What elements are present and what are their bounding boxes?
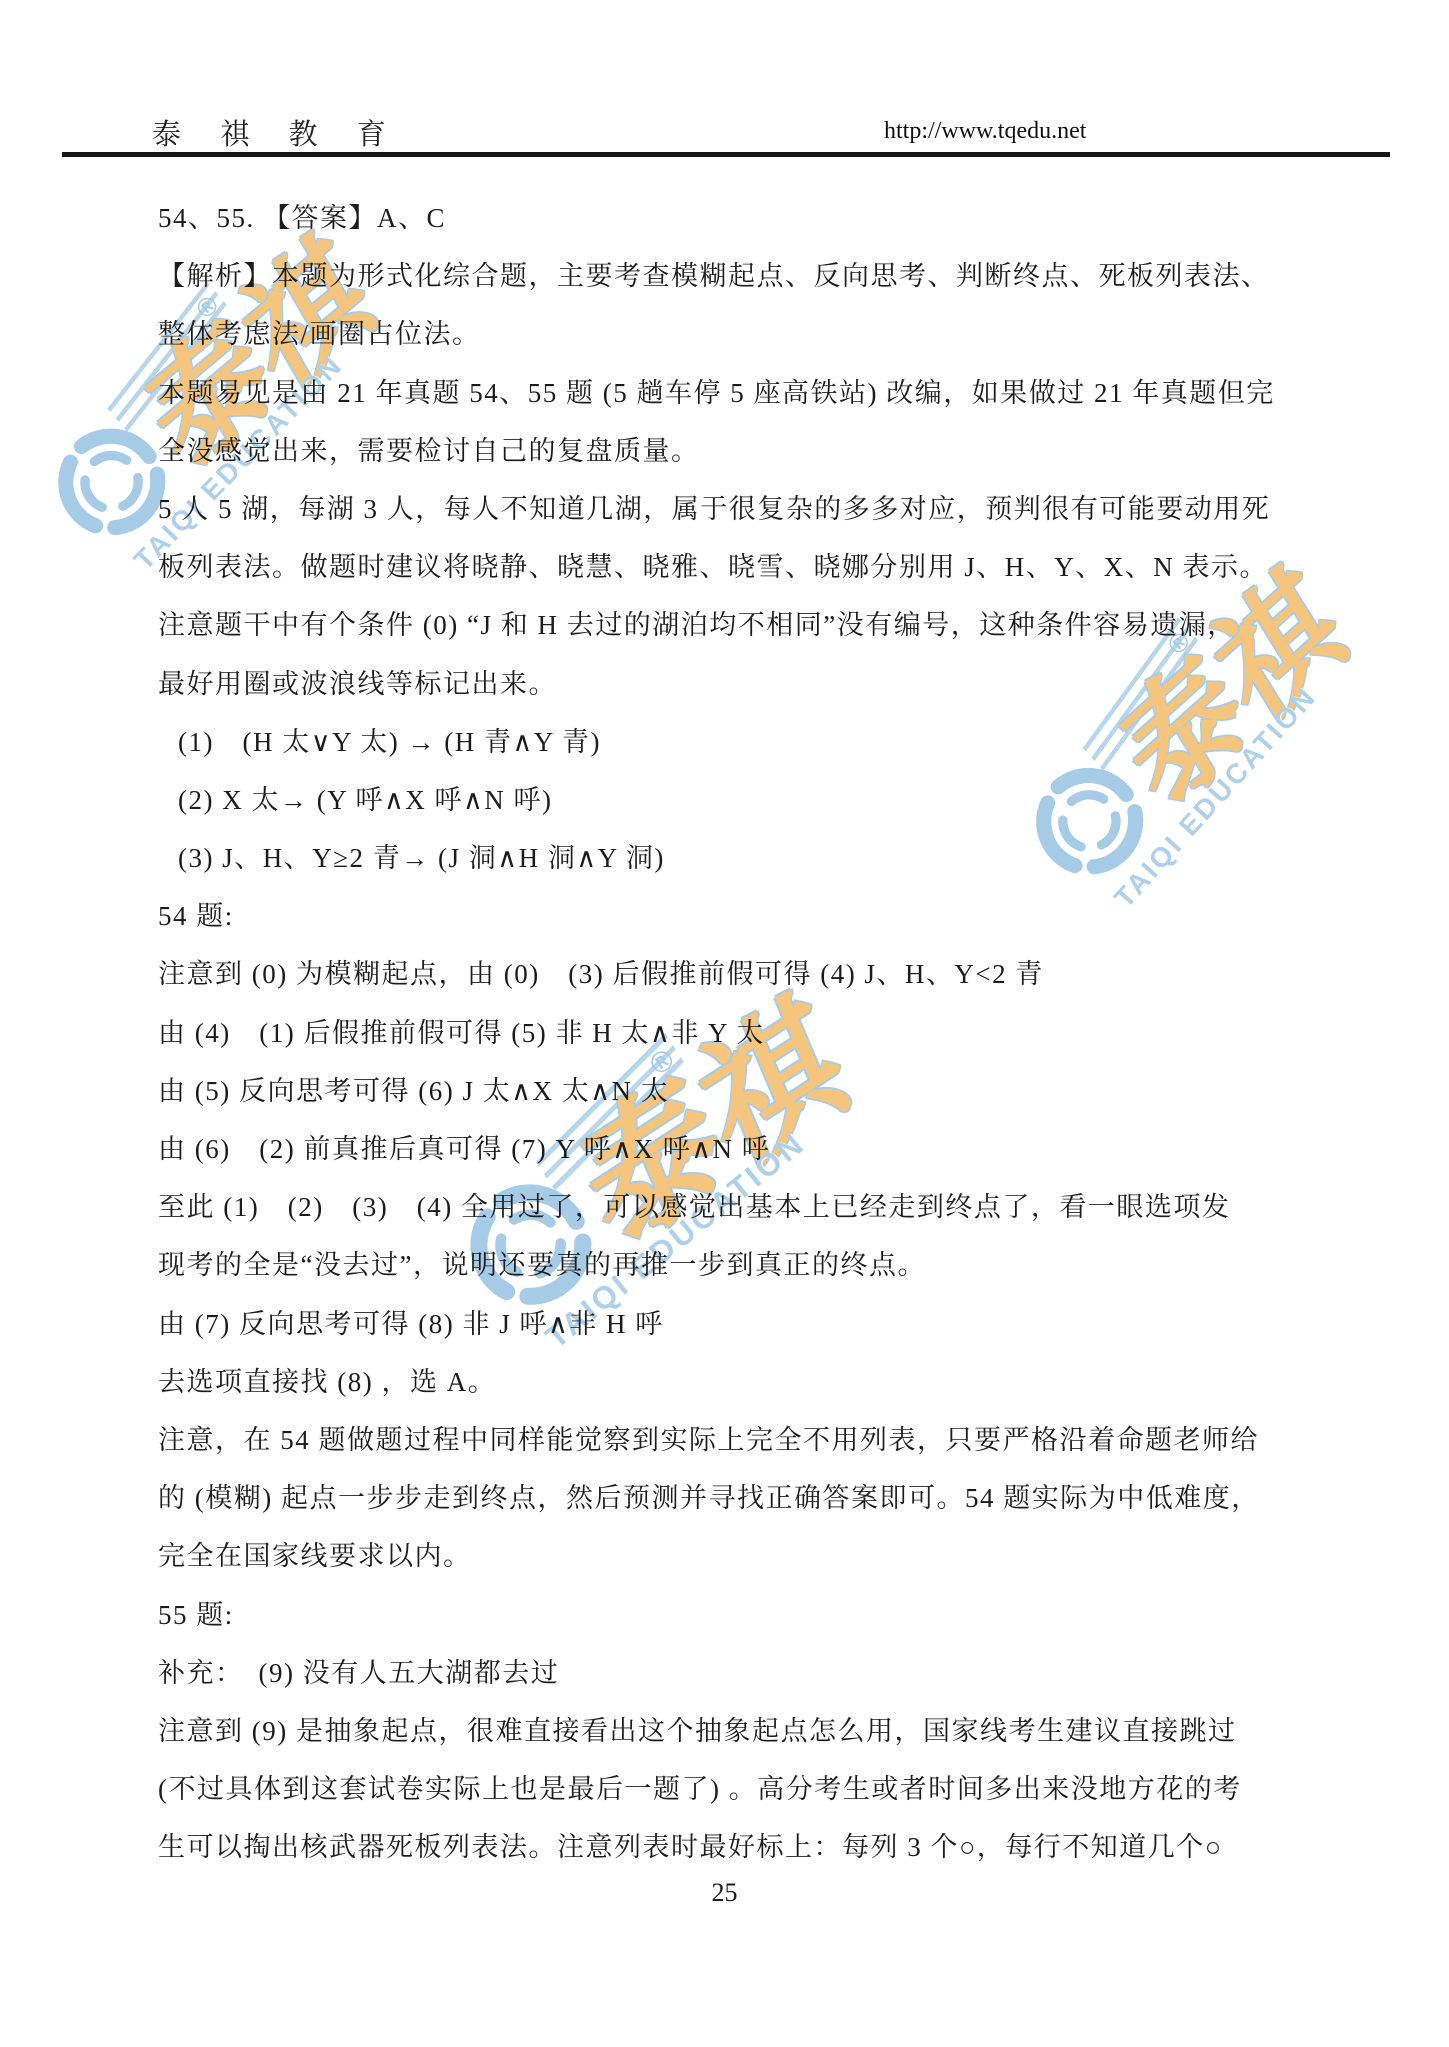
header-url-text: http://www.tqedu.net [884,118,1086,145]
text-line: 完全在国家线要求以内。 [158,1527,1338,1585]
text-line: 54、55. 【答案】A、C [158,189,1338,247]
text-line: (不过具体到这套试卷实际上也是最后一题了) 。高分考生或者时间多出来没地方花的考 [158,1760,1338,1818]
page-number: 25 [0,1878,1449,1908]
text-line: 注意到 (9) 是抽象起点，很难直接看出这个抽象起点怎么用，国家线考生建议直接跳… [158,1702,1338,1760]
text-line: (2) X 太→ (Y 呼∧X 呼∧N 呼) [158,771,1338,829]
header-rule [62,152,1390,157]
text-line: 的 (模糊) 起点一步步走到终点，然后预测并寻找正确答案即可。54 题实际为中低… [158,1469,1338,1527]
text-line: 由 (6) (2) 前真推后真可得 (7) Y 呼∧X 呼∧N 呼 [158,1120,1338,1178]
text-line: 5 人 5 湖，每湖 3 人，每人不知道几湖，属于很复杂的多多对应，预判很有可能… [158,480,1338,538]
text-line: 本题易见是由 21 年真题 54、55 题 (5 趟车停 5 座高铁站) 改编，… [158,364,1338,422]
text-line: 注意到 (0) 为模糊起点，由 (0) (3) 后假推前假可得 (4) J、H、… [158,945,1338,1003]
text-line: 补充： (9) 没有人五大湖都去过 [158,1644,1338,1702]
text-line: 板列表法。做题时建议将晓静、晓慧、晓雅、晓雪、晓娜分别用 J、H、Y、X、N 表… [158,538,1338,596]
text-line: 现考的全是“没去过”，说明还要真的再推一步到真正的终点。 [158,1236,1338,1294]
text-line: (1) (H 太∨Y 太) → (H 青∧Y 青) [158,713,1338,771]
text-line: 最好用圈或波浪线等标记出来。 [158,655,1338,713]
header-brand-text: 泰 祺 教 育 [152,112,402,153]
text-line: 【解析】本题为形式化综合题，主要考查模糊起点、反向思考、判断终点、死板列表法、 [158,247,1338,305]
text-line: 至此 (1) (2) (3) (4) 全用过了，可以感觉出基本上已经走到终点了，… [158,1178,1338,1236]
document-page: { "header": { "brand": "泰 祺 教 育", "url":… [0,0,1449,2047]
text-line: 注意题干中有个条件 (0) “J 和 H 去过的湖泊均不相同”没有编号，这种条件… [158,596,1338,654]
text-line: 由 (5) 反向思考可得 (6) J 太∧X 太∧N 太 [158,1062,1338,1120]
text-line: 由 (7) 反向思考可得 (8) 非 J 呼∧非 H 呼 [158,1295,1338,1353]
text-line: 全没感觉出来，需要检讨自己的复盘质量。 [158,422,1338,480]
text-block: 54、55. 【答案】A、C【解析】本题为形式化综合题，主要考查模糊起点、反向思… [158,189,1338,1876]
text-line: 54 题: [158,887,1338,945]
text-line: 生可以掏出核武器死板列表法。注意列表时最好标上：每列 3 个○，每行不知道几个○ [158,1818,1338,1876]
text-line: 由 (4) (1) 后假推前假可得 (5) 非 H 太∧非 Y 太 [158,1004,1338,1062]
text-line: (3) J、H、Y≥2 青→ (J 洞∧H 洞∧Y 洞) [158,829,1338,887]
text-line: 整体考虑法/画圈占位法。 [158,305,1338,363]
text-line: 55 题: [158,1586,1338,1644]
text-line: 注意，在 54 题做题过程中同样能觉察到实际上完全不用列表，只要严格沿着命题老师… [158,1411,1338,1469]
text-line: 去选项直接找 (8) ，选 A。 [158,1353,1338,1411]
